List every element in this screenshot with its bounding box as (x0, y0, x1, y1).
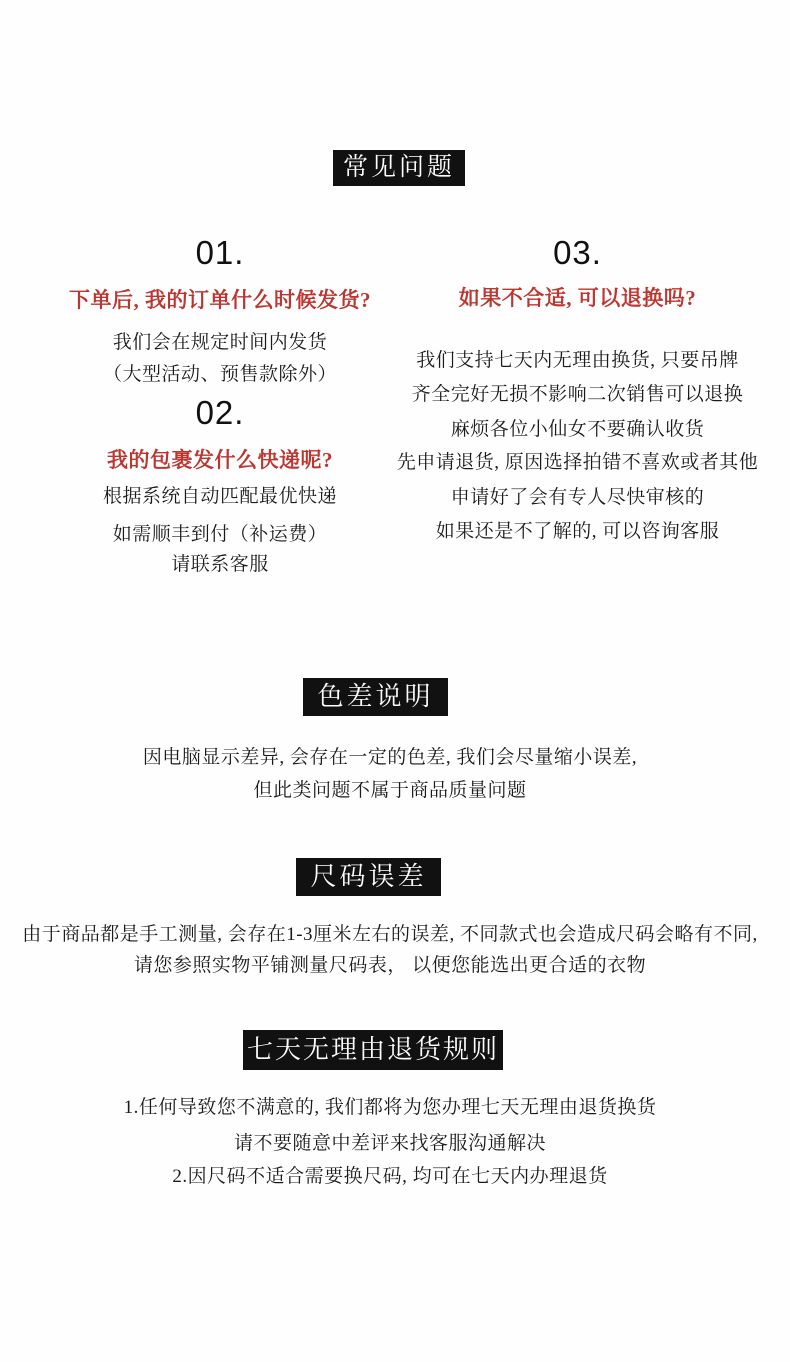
color-difference-badge: 色差说明 (303, 678, 448, 716)
return-policy-rule-line: 1.任何导致您不满意的, 我们都将为您办理七天无理由退货换货 (0, 1092, 780, 1119)
faq-answer-line: 齐全完好无损不影响二次销售可以退换 (385, 379, 770, 406)
color-difference-note-line: 但此类问题不属于商品质量问题 (0, 775, 780, 802)
faq-item-number-02: 02. (20, 394, 420, 432)
faq-answer-line: 麻烦各位小仙女不要确认收货 (385, 414, 770, 441)
faq-section-badge: 常见问题 (333, 150, 465, 186)
faq-answer-line: 如需顺丰到付（补运费） (20, 519, 420, 546)
faq-answer-line: （大型活动、预售款除外） (20, 359, 420, 386)
return-policy-rule-line: 2.因尺码不适合需要换尺码, 均可在七天内办理退货 (0, 1161, 780, 1188)
faq-item-number-01: 01. (20, 234, 420, 272)
return-policy-rule-line: 请不要随意中差评来找客服沟通解决 (0, 1128, 780, 1155)
color-difference-note-line: 因电脑显示差异, 会存在一定的色差, 我们会尽量缩小误差, (0, 742, 780, 769)
faq-question-shipping-time: 下单后, 我的订单什么时候发货? (20, 284, 420, 314)
return-policy-badge: 七天无理由退货规则 (243, 1030, 503, 1070)
faq-answer-line: 我们会在规定时间内发货 (20, 327, 420, 354)
faq-answer-line: 根据系统自动匹配最优快递 (20, 481, 420, 508)
faq-answer-line: 如果还是不了解的, 可以咨询客服 (385, 516, 770, 543)
faq-item-number-03: 03. (385, 234, 770, 272)
faq-answer-line: 请联系客服 (20, 549, 420, 576)
faq-answer-line: 先申请退货, 原因选择拍错不喜欢或者其他 (385, 447, 770, 474)
size-tolerance-badge: 尺码误差 (296, 858, 441, 896)
faq-question-courier: 我的包裹发什么快递呢? (20, 444, 420, 474)
size-tolerance-note-line: 请您参照实物平铺测量尺码表， 以便您能选出更合适的衣物 (0, 950, 780, 977)
size-tolerance-note-line: 由于商品都是手工测量, 会存在1-3厘米左右的误差, 不同款式也会造成尺码会略有… (0, 919, 780, 946)
faq-answer-line: 我们支持七天内无理由换货, 只要吊牌 (385, 345, 770, 372)
product-faq-page: 常见问题 01. 下单后, 我的订单什么时候发货? 我们会在规定时间内发货 （大… (0, 0, 790, 1362)
faq-question-returns: 如果不合适, 可以退换吗? (385, 282, 770, 312)
faq-answer-line: 申请好了会有专人尽快审核的 (385, 482, 770, 509)
